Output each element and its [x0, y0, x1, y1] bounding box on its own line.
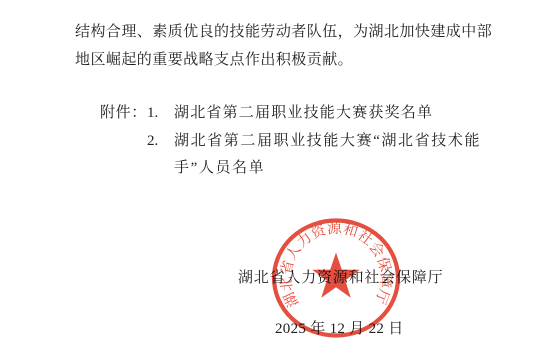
document-page: 结构合理、素质优良的技能劳动者队伍，为湖北加快建成中部 地区崛起的重要战略支点作… [0, 0, 553, 363]
attachment-item-2-text-line-2: 手”人员名单 [174, 160, 265, 177]
attachment-label: 附件： [100, 105, 147, 122]
official-seal: 湖北省人力资源和社会保障厅 [270, 218, 402, 340]
attachment-item-2-text-line-1: 湖北省第二届职业技能大赛“湖北省技术能 [174, 133, 481, 150]
attachment-item-1-number: 1. [147, 105, 158, 122]
attachment-item-2-number: 2. [147, 133, 158, 150]
attachment-item-1-text: 湖北省第二届职业技能大赛获奖名单 [174, 105, 433, 122]
body-paragraph-line-2: 地区崛起的重要战略支点作出积极贡献。 [75, 52, 353, 69]
body-paragraph-line-1: 结构合理、素质优良的技能劳动者队伍，为湖北加快建成中部 [75, 24, 492, 41]
seal-star-icon [312, 253, 360, 298]
